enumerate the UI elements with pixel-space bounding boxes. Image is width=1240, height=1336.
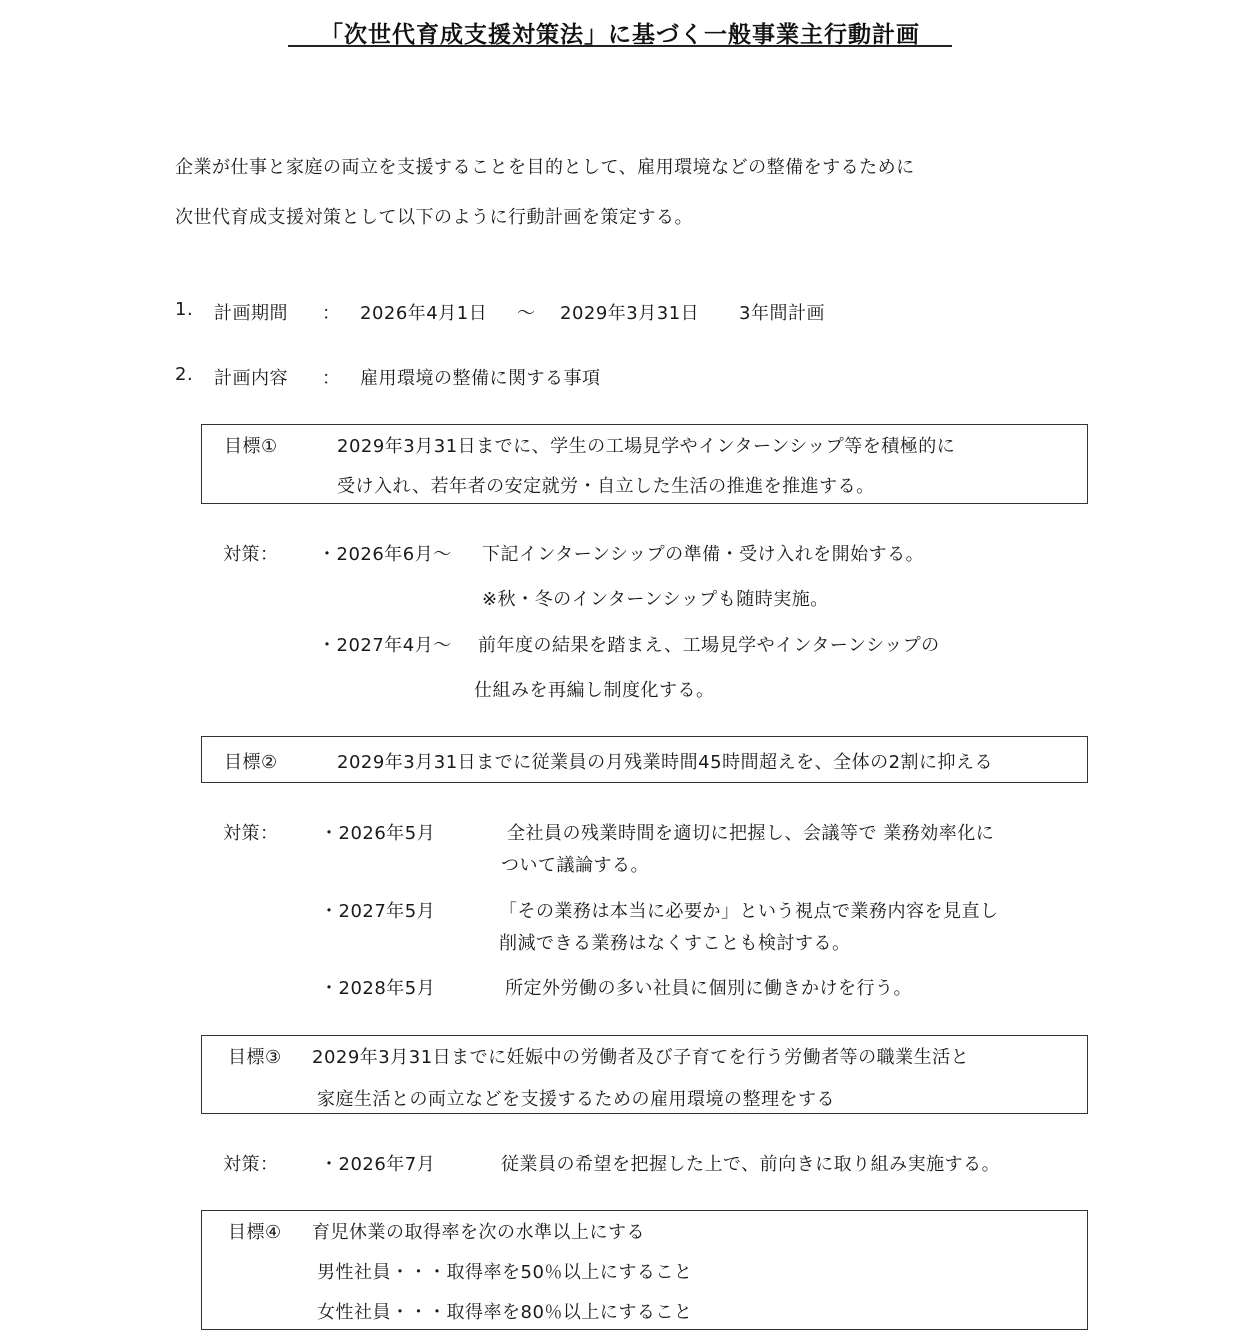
goal-text-line: 2029年3月31日までに妊娠中の労働者及び子育てを行う労働者等の職業生活と [312, 1043, 969, 1069]
period-end: 2029年3月31日 [560, 299, 699, 325]
goal-text-line: 2029年3月31日までに従業員の月残業時間45時間超えを、全体の2割に抑える [337, 748, 993, 774]
intro-line-1: 企業が仕事と家庭の両立を支援することを目的として、雇用環境などの整備をするために [175, 153, 915, 179]
period-tilde: 〜 [517, 299, 536, 325]
goal-text-line: 育児休業の取得率を次の水準以上にする [312, 1218, 645, 1244]
measure-date: ・2027年4月〜 [318, 631, 452, 657]
measure-text: 所定外労働の多い社員に個別に働きかけを行う。 [505, 974, 912, 1000]
section-value: 雇用環境の整備に関する事項 [360, 364, 601, 390]
intro-line-2: 次世代育成支援対策として以下のように行動計画を策定する。 [175, 203, 693, 229]
section-number: 2. [175, 364, 193, 385]
title-underline [288, 45, 952, 47]
goal-text-line: 2029年3月31日までに、学生の工場見学やインターンシップ等を積極的に [337, 432, 955, 458]
measure-date: ・2026年5月 [320, 819, 435, 845]
measure-date: ・2028年5月 [320, 974, 435, 1000]
goal-label: 目標④ [228, 1218, 282, 1244]
measure-text: ついて議論する。 [501, 851, 649, 877]
goal-label: 目標① [224, 432, 278, 458]
section-number: 1. [175, 299, 193, 320]
period-start: 2026年4月1日 [360, 299, 487, 325]
measure-text: 仕組みを再編し制度化する。 [474, 676, 715, 702]
goal-text-line: 受け入れ、若年者の安定就労・自立した生活の推進を推進する。 [337, 472, 875, 498]
measures-label: 対策： [223, 819, 279, 845]
measures-label: 対策： [223, 1150, 279, 1176]
section-colon: ： [322, 364, 341, 390]
measure-text: ※秋・冬のインターンシップも随時実施。 [482, 585, 829, 611]
measure-text: 前年度の結果を踏まえ、工場見学やインターンシップの [478, 631, 940, 657]
measure-text: 削減できる業務はなくすことも検討する。 [499, 929, 851, 955]
measure-date: ・2026年7月 [320, 1150, 435, 1176]
measure-text: 従業員の希望を把握した上で、前向きに取り組み実施する。 [501, 1150, 1000, 1176]
section-label: 計画内容 [214, 364, 288, 390]
measure-text: 下記インターンシップの準備・受け入れを開始する。 [482, 540, 924, 566]
section-colon: ： [322, 299, 341, 325]
goal-label: 目標② [224, 748, 278, 774]
goal-label: 目標③ [228, 1043, 282, 1069]
measures-label: 対策： [223, 540, 279, 566]
section-label: 計画期間 [214, 299, 288, 325]
goal-target-male: 男性社員・・・取得率を50％以上にすること [317, 1258, 692, 1284]
measure-date: ・2026年6月〜 [318, 540, 452, 566]
measure-text: 全社員の残業時間を適切に把握し、会議等で 業務効率化に [507, 819, 994, 845]
goal-text-line: 家庭生活との両立などを支援するための雇用環境の整理をする [317, 1085, 835, 1111]
measure-date: ・2027年5月 [320, 897, 435, 923]
measure-text: 「その業務は本当に必要か」という視点で業務内容を見直し [499, 897, 999, 923]
period-note: 3年間計画 [739, 299, 825, 325]
goal-target-female: 女性社員・・・取得率を80％以上にすること [317, 1298, 692, 1324]
